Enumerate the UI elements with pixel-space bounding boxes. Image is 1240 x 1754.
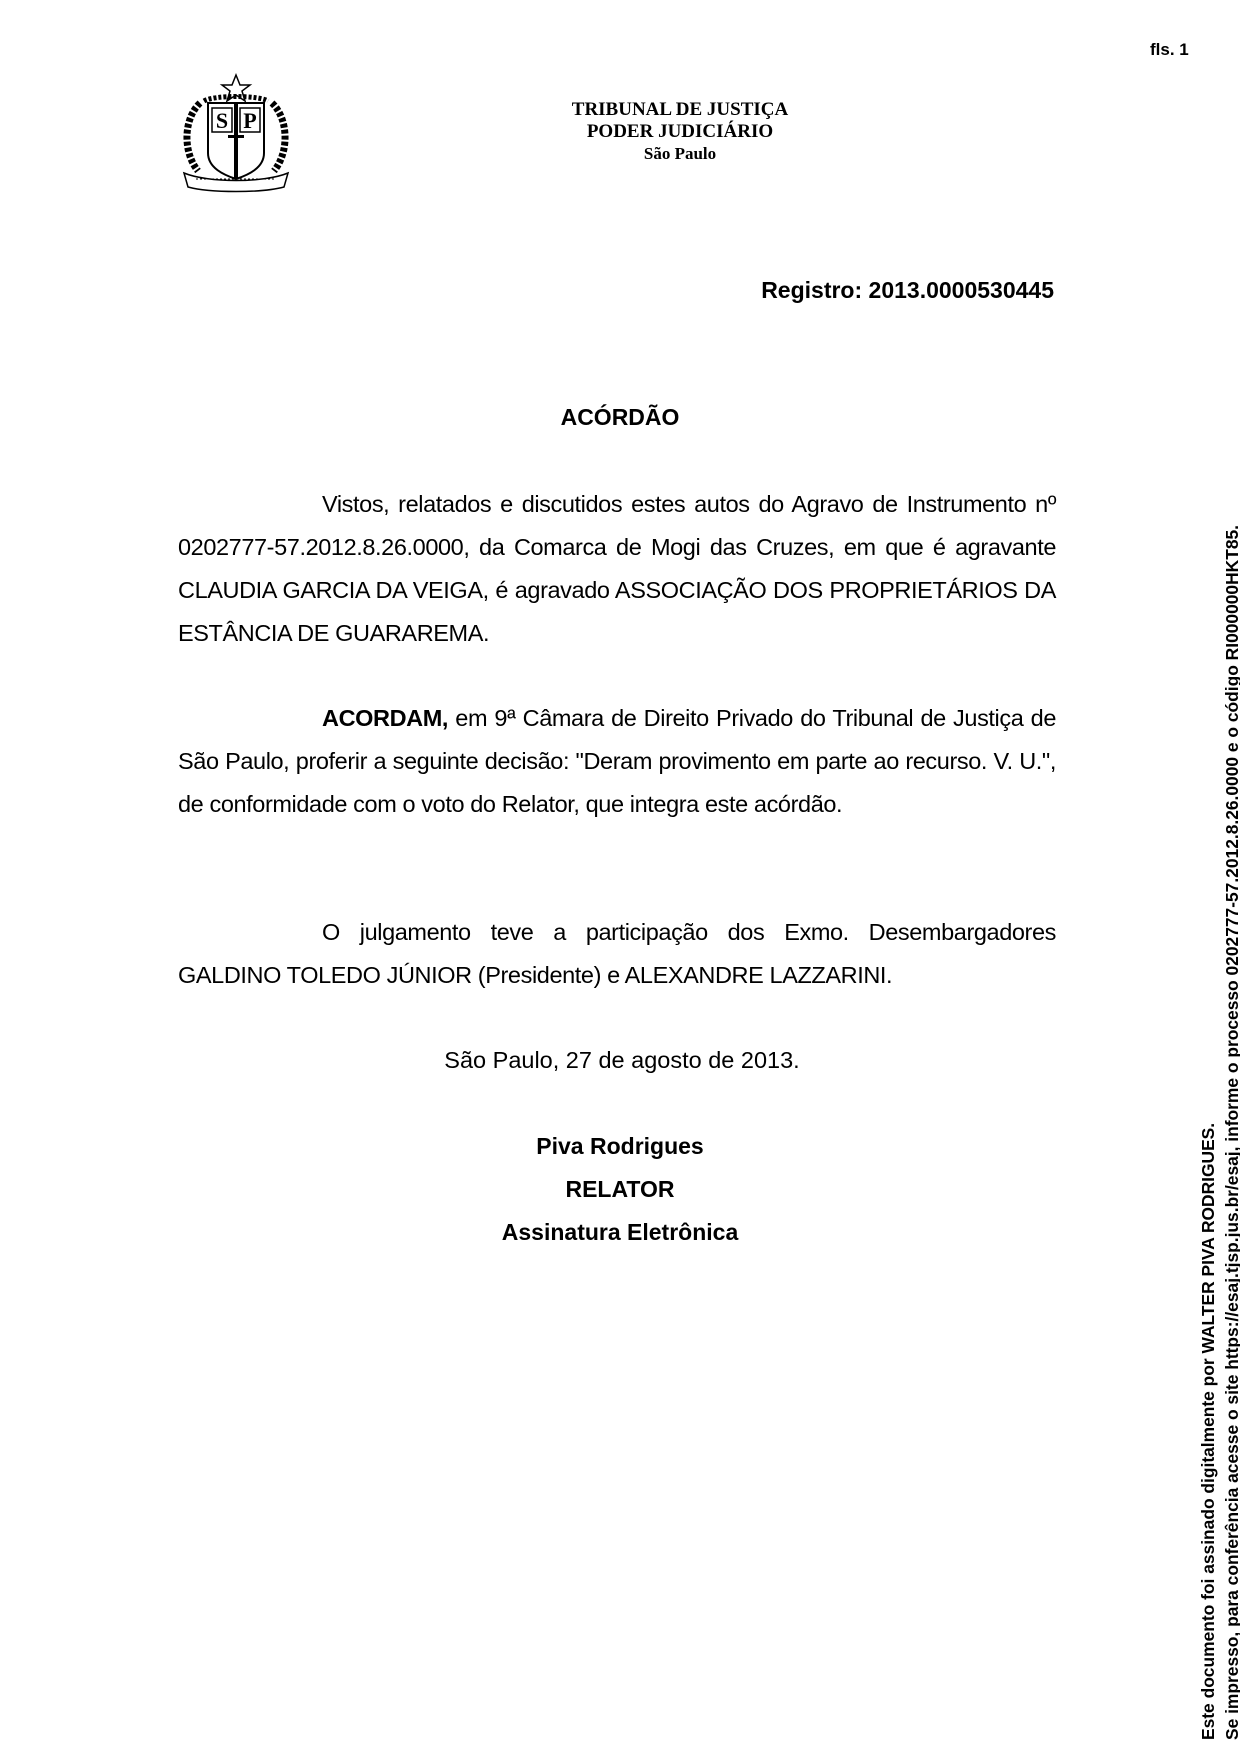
- court-location: São Paulo: [520, 143, 840, 165]
- paragraph-decision: ACORDAM, em 9ª Câmara de Direito Privado…: [178, 697, 1056, 826]
- signer-role: RELATOR: [0, 1176, 1240, 1203]
- document-page: fls. 1 S P TRIBUNAL DE JUSTIÇA PODER JUD: [0, 0, 1240, 1754]
- court-header: TRIBUNAL DE JUSTIÇA PODER JUDICIÁRIO São…: [520, 99, 840, 165]
- paragraph-case-details-text: Vistos, relatados e discutidos estes aut…: [178, 491, 1056, 646]
- date-text: São Paulo, 27 de agosto de 2013.: [444, 1047, 799, 1073]
- svg-text:S: S: [216, 108, 228, 133]
- side-note-line2: Se impresso, para conferência acesse o s…: [1220, 525, 1240, 1740]
- court-branch: PODER JUDICIÁRIO: [520, 121, 840, 143]
- decision-lead: ACORDAM,: [322, 705, 448, 731]
- side-note-line1: Este documento foi assinado digitalmente…: [1196, 525, 1220, 1740]
- page-number: fls. 1: [1150, 40, 1189, 60]
- signer-name: Piva Rodrigues: [0, 1133, 1240, 1160]
- coat-of-arms-icon: S P: [178, 73, 294, 193]
- decision-text: em 9ª Câmara de Direito Privado do Tribu…: [178, 705, 1056, 817]
- document-title: ACÓRDÃO: [0, 404, 1240, 431]
- paragraph-participants-text: O julgamento teve a participação dos Exm…: [178, 919, 1056, 988]
- court-name: TRIBUNAL DE JUSTIÇA: [520, 99, 840, 121]
- paragraph-case-details: Vistos, relatados e discutidos estes aut…: [178, 483, 1056, 655]
- signature-type: Assinatura Eletrônica: [0, 1219, 1240, 1246]
- paragraph-participants: O julgamento teve a participação dos Exm…: [178, 911, 1056, 997]
- registration-number: Registro: 2013.0000530445: [761, 277, 1054, 304]
- digital-signature-note: Este documento foi assinado digitalmente…: [1196, 525, 1240, 1740]
- date-line: São Paulo, 27 de agosto de 2013.: [0, 1047, 1240, 1074]
- svg-text:P: P: [243, 108, 256, 133]
